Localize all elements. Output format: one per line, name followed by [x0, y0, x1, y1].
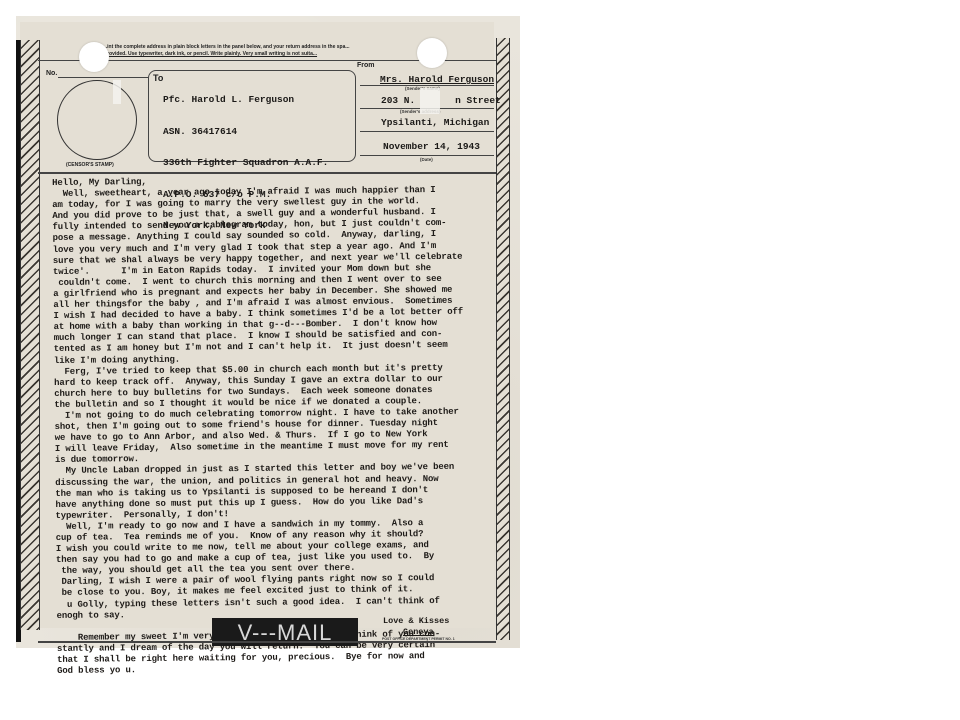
number-label: No.: [46, 70, 57, 77]
letter-body: Hello, My Darling, Well, sweetheart, a y…: [52, 173, 503, 677]
tape-mark: [113, 80, 121, 104]
recipient-line: ASN. 36417614: [163, 127, 328, 138]
punch-hole-left: [79, 42, 109, 72]
footer-rule: [38, 641, 496, 643]
sender-city-line: [360, 131, 494, 132]
to-label: To: [153, 73, 163, 83]
footer-permit-code: POST OFFICE DEPARTMENT PERMIT NO. 1: [382, 637, 455, 641]
recipient-line: 336th Fighter Squadron A.A.F.: [163, 158, 328, 169]
sender-name: Mrs. Harold Ferguson: [380, 74, 494, 85]
tape-mark: [420, 88, 440, 114]
left-hatch-border: [20, 40, 40, 630]
date-label: (Date): [420, 157, 433, 162]
closing-salutation: Love & Kisses: [383, 616, 449, 627]
letter-closing: Love & Kisses Geneva: [383, 616, 449, 638]
from-label: From: [357, 62, 375, 69]
date-line: [360, 155, 494, 156]
sender-street: 203 N. n Street: [381, 95, 501, 106]
punch-hole-right: [417, 38, 447, 68]
number-field-line: [58, 77, 148, 78]
censor-stamp-label: (CENSOR'S STAMP): [66, 162, 114, 168]
sender-city: Ypsilanti, Michigan: [381, 117, 489, 128]
recipient-line: Pfc. Harold L. Ferguson: [163, 95, 328, 106]
letter-date: November 14, 1943: [383, 141, 480, 152]
censor-stamp-circle: [57, 80, 137, 160]
